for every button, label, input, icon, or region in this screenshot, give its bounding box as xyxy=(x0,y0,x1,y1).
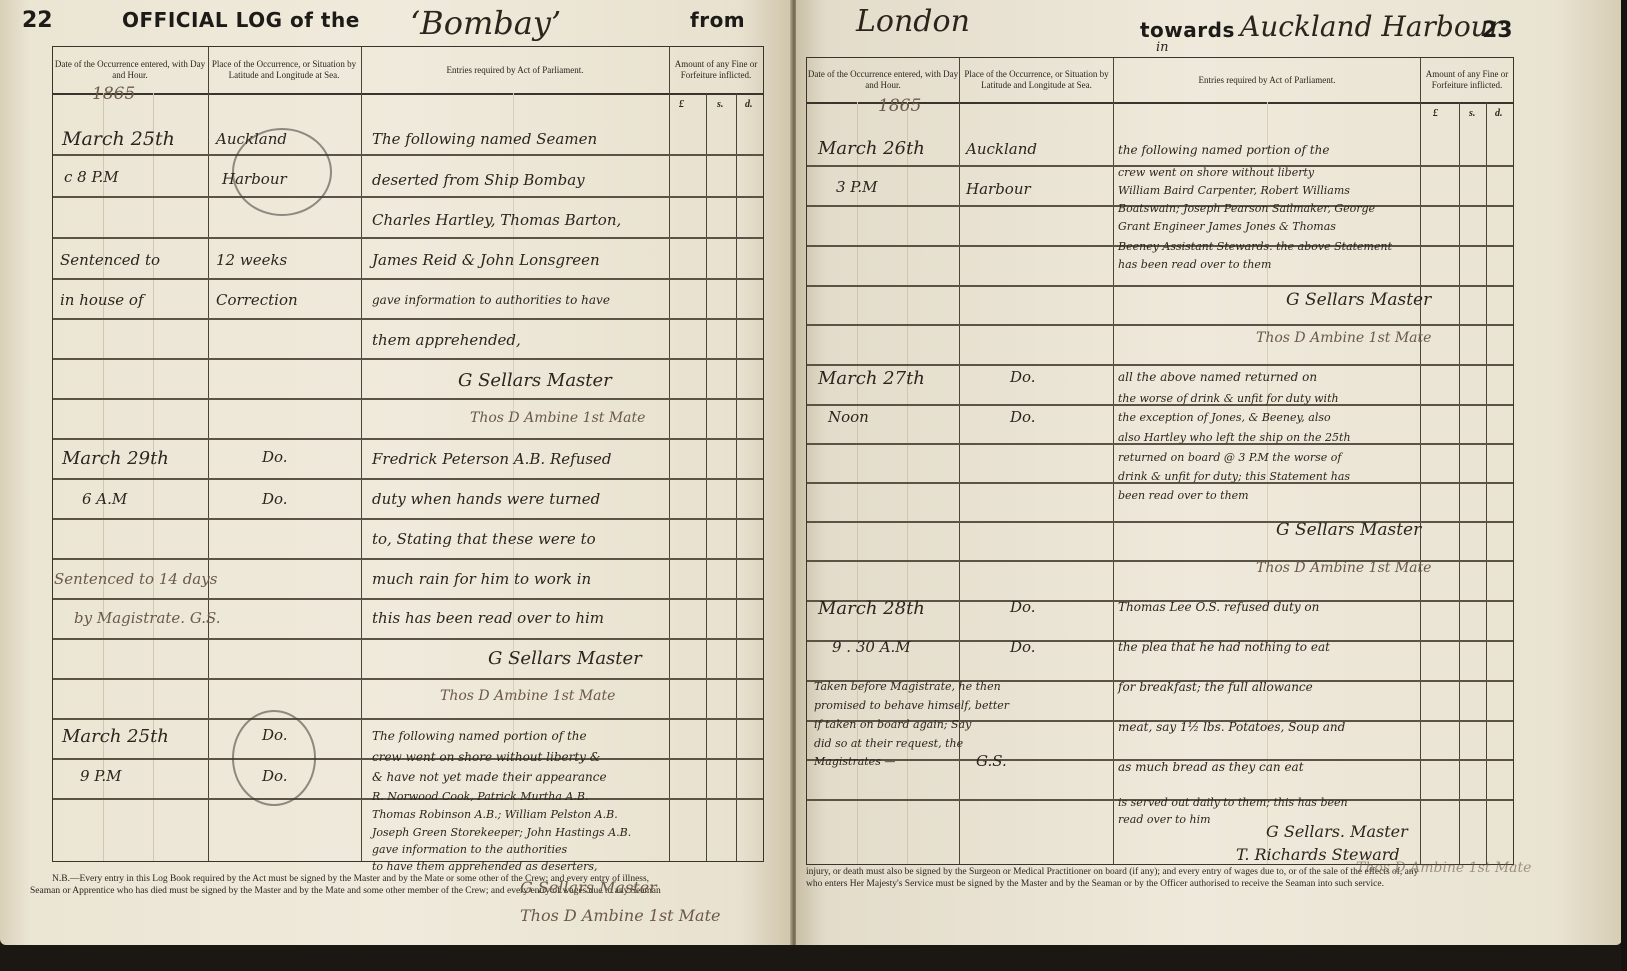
entry-text-line: R. Norwood Cook, Patrick Murtha A.B. xyxy=(372,790,588,803)
left-page: 22 OFFICIAL LOG of the ‘Bombay’ from Dat… xyxy=(0,0,792,945)
entry-text-line: Joseph Green Storekeeper; John Hastings … xyxy=(372,826,631,839)
entry-place: Do. xyxy=(262,767,288,785)
outcome-text: Sentenced to 14 days xyxy=(54,570,217,588)
entry-place: Do. xyxy=(1010,368,1036,386)
entry-date: March 29th xyxy=(62,448,169,469)
entry-text-line: drink & unfit for duty; this Statement h… xyxy=(1118,470,1350,483)
entry-text-line: returned on board @ 3 P.M the worse of xyxy=(1118,451,1341,464)
entry-text-line: the exception of Jones, & Beeney, also xyxy=(1118,411,1331,424)
master-signature: G Sellars Master xyxy=(520,878,657,897)
from-label: from xyxy=(690,8,745,32)
entry-time: Noon xyxy=(828,408,869,426)
from-place: London xyxy=(856,4,970,39)
entry-date: March 26th xyxy=(818,138,925,159)
entry-text-line: also Hartley who left the ship on the 25… xyxy=(1118,431,1351,444)
master-signature: G Sellars Master xyxy=(1276,520,1421,540)
destination: Auckland Harbour xyxy=(1240,10,1502,43)
pence-label: d. xyxy=(745,99,753,110)
footnote: injury, or death must also be signed by … xyxy=(806,866,1418,878)
initials: G.S. xyxy=(976,752,1007,770)
entry-text-line: this has been read over to him xyxy=(372,609,604,627)
entry-text-line: crew went on shore without liberty & xyxy=(372,750,600,764)
outcome-text: in house of xyxy=(60,291,144,309)
column-divider xyxy=(1113,58,1114,864)
outcome-text: Taken before Magistrate, he then xyxy=(814,680,1001,693)
entry-text-line: duty when hands were turned xyxy=(372,490,600,508)
entry-text-line: for breakfast; the full allowance xyxy=(1118,680,1313,694)
outcome-text: 12 weeks xyxy=(216,251,287,269)
column-divider xyxy=(736,93,737,861)
entry-text-line: Charles Hartley, Thomas Barton, xyxy=(372,211,621,229)
entry-place: Do. xyxy=(1010,408,1036,426)
pounds-label: £ xyxy=(1433,108,1438,119)
master-signature: G Sellars Master xyxy=(488,648,642,669)
entry-place: Do. xyxy=(262,448,288,466)
entry-place: Harbour xyxy=(222,170,287,188)
pence-label: d. xyxy=(1495,108,1503,119)
entry-time: 3 P.M xyxy=(836,178,878,196)
year: 1865 xyxy=(878,96,921,116)
entry-text-line: has been read over to them xyxy=(1118,258,1271,271)
shillings-label: s. xyxy=(717,99,723,110)
entry-text-line: & have not yet made their appearance xyxy=(372,770,607,784)
entry-place: Do. xyxy=(262,490,288,508)
column-divider xyxy=(361,47,362,861)
entry-text-line: the worse of drink & unfit for duty with xyxy=(1118,392,1339,405)
entry-date: March 25th xyxy=(62,128,175,150)
master-signature: G Sellars Master xyxy=(458,370,612,391)
margin-signature: Thos D Ambine 1st Mate xyxy=(1356,860,1531,876)
outcome-text: if taken on board again; Say xyxy=(814,718,971,731)
shillings-label: s. xyxy=(1469,108,1475,119)
entry-text-line: Grant Engineer James Jones & Thomas xyxy=(1118,220,1336,233)
footnote: who enters Her Majesty's Service must be… xyxy=(806,878,1384,890)
entry-text-line: crew went on shore without liberty xyxy=(1118,166,1314,179)
year: 1865 xyxy=(92,84,135,104)
column-divider xyxy=(208,47,209,861)
entry-text-line: meat, say 1½ lbs. Potatoes, Soup and xyxy=(1118,720,1345,734)
entry-place: Auckland xyxy=(966,140,1037,158)
postmark-stamp xyxy=(232,710,316,806)
entry-text-line: been read over to them xyxy=(1118,489,1249,502)
entry-text-line: deserted from Ship Bombay xyxy=(372,171,585,189)
entry-text-line: Thomas Robinson A.B.; William Pelston A.… xyxy=(372,808,618,821)
table-header: Date of the Occurrence entered, with Day… xyxy=(53,47,763,95)
entry-text-line: the following named portion of the xyxy=(1118,143,1329,157)
column-divider xyxy=(669,47,670,861)
header-place: Place of the Occurrence, or Situation by… xyxy=(960,58,1113,102)
entry-time: 9 P.M xyxy=(80,767,122,785)
entry-text-line: as much bread as they can eat xyxy=(1118,760,1304,774)
master-signature: G Sellars Master xyxy=(1286,290,1431,310)
ship-name: ‘Bombay’ xyxy=(410,4,561,42)
printed-title: OFFICIAL LOG of the xyxy=(122,8,360,32)
entry-text-line: Thomas Lee O.S. refused duty on xyxy=(1118,600,1319,614)
entry-date: March 25th xyxy=(62,726,169,747)
entry-text-line: to have them apprehended as deserters, xyxy=(372,860,598,873)
entry-time: c 8 P.M xyxy=(64,168,119,186)
entry-text-line: much rain for him to work in xyxy=(372,570,591,588)
entry-text-line: to, Stating that these were to xyxy=(372,530,596,548)
towards-label: towards xyxy=(1140,18,1235,42)
entry-text-line: read over to him xyxy=(1118,813,1211,826)
mate-signature: Thos D Ambine 1st Mate xyxy=(520,906,721,925)
outcome-text: did so at their request, the xyxy=(814,737,963,750)
entry-text-line: The following named portion of the xyxy=(372,729,587,743)
outcome-text: Sentenced to xyxy=(60,251,160,269)
entry-place: Do. xyxy=(1010,598,1036,616)
column-divider xyxy=(706,93,707,861)
mate-signature: Thos D Ambine 1st Mate xyxy=(470,410,645,426)
entry-place: Auckland xyxy=(216,130,287,148)
entry-time: 6 A.M xyxy=(82,490,127,508)
entry-text-line: Fredrick Peterson A.B. Refused xyxy=(372,450,612,468)
mate-signature: Thos D Ambine 1st Mate xyxy=(440,688,615,704)
page-number-right: 23 xyxy=(1482,18,1513,43)
header-place: Place of the Occurrence, or Situation by… xyxy=(208,47,360,93)
outcome-text: promised to behave himself, better xyxy=(814,699,1009,712)
header-entries: Entries required by Act of Parliament. xyxy=(361,47,669,93)
entry-text-line: is served out daily to them; this has be… xyxy=(1118,796,1348,809)
entry-text-line: Beeney Assistant Stewards. the above Sta… xyxy=(1118,240,1392,253)
entry-text-line: them apprehended, xyxy=(372,331,521,349)
pounds-label: £ xyxy=(679,99,684,110)
mate-signature: Thos D Ambine 1st Mate xyxy=(1256,330,1431,346)
entry-text-line: William Baird Carpenter, Robert Williams xyxy=(1118,184,1350,197)
entry-date: March 28th xyxy=(818,598,925,619)
destination-prefix: in xyxy=(1156,40,1169,55)
column-divider xyxy=(1420,58,1421,864)
entry-text-line: all the above named returned on xyxy=(1118,370,1317,384)
entry-date: March 27th xyxy=(818,368,925,389)
entry-text-line: James Reid & John Lonsgreen xyxy=(372,251,600,269)
entry-text-line: Boatswain; Joseph Pearson Sailmaker, Geo… xyxy=(1118,202,1375,215)
page-number-left: 22 xyxy=(22,8,53,33)
mate-signature: Thos D Ambine 1st Mate xyxy=(1256,560,1431,576)
entry-time: 9 . 30 A.M xyxy=(832,638,911,656)
header-entries: Entries required by Act of Parliament. xyxy=(1114,58,1420,102)
entry-place: Do. xyxy=(1010,638,1036,656)
background-band xyxy=(0,945,1627,971)
outcome-text: by Magistrate. G.S. xyxy=(74,609,221,627)
entry-place: Harbour xyxy=(966,180,1031,198)
faint-rule xyxy=(513,93,514,861)
header-amount: Amount of any Fine or Forfeiture inflict… xyxy=(1421,58,1513,102)
entry-place: Do. xyxy=(262,726,288,744)
right-page: London towards in Auckland Harbour 23 Da… xyxy=(796,0,1622,945)
master-signature: G Sellars. Master xyxy=(1266,822,1408,841)
outcome-text: Correction xyxy=(216,291,298,309)
background-edge xyxy=(1621,0,1627,971)
entry-text-line: gave information to authorities to have xyxy=(372,293,610,307)
entry-text-line: gave information to the authorities xyxy=(372,843,567,856)
header-amount: Amount of any Fine or Forfeiture inflict… xyxy=(670,47,762,93)
entry-text-line: The following named Seamen xyxy=(372,130,597,148)
outcome-text: Magistrates — xyxy=(814,755,895,768)
entry-text-line: the plea that he had nothing to eat xyxy=(1118,640,1330,654)
